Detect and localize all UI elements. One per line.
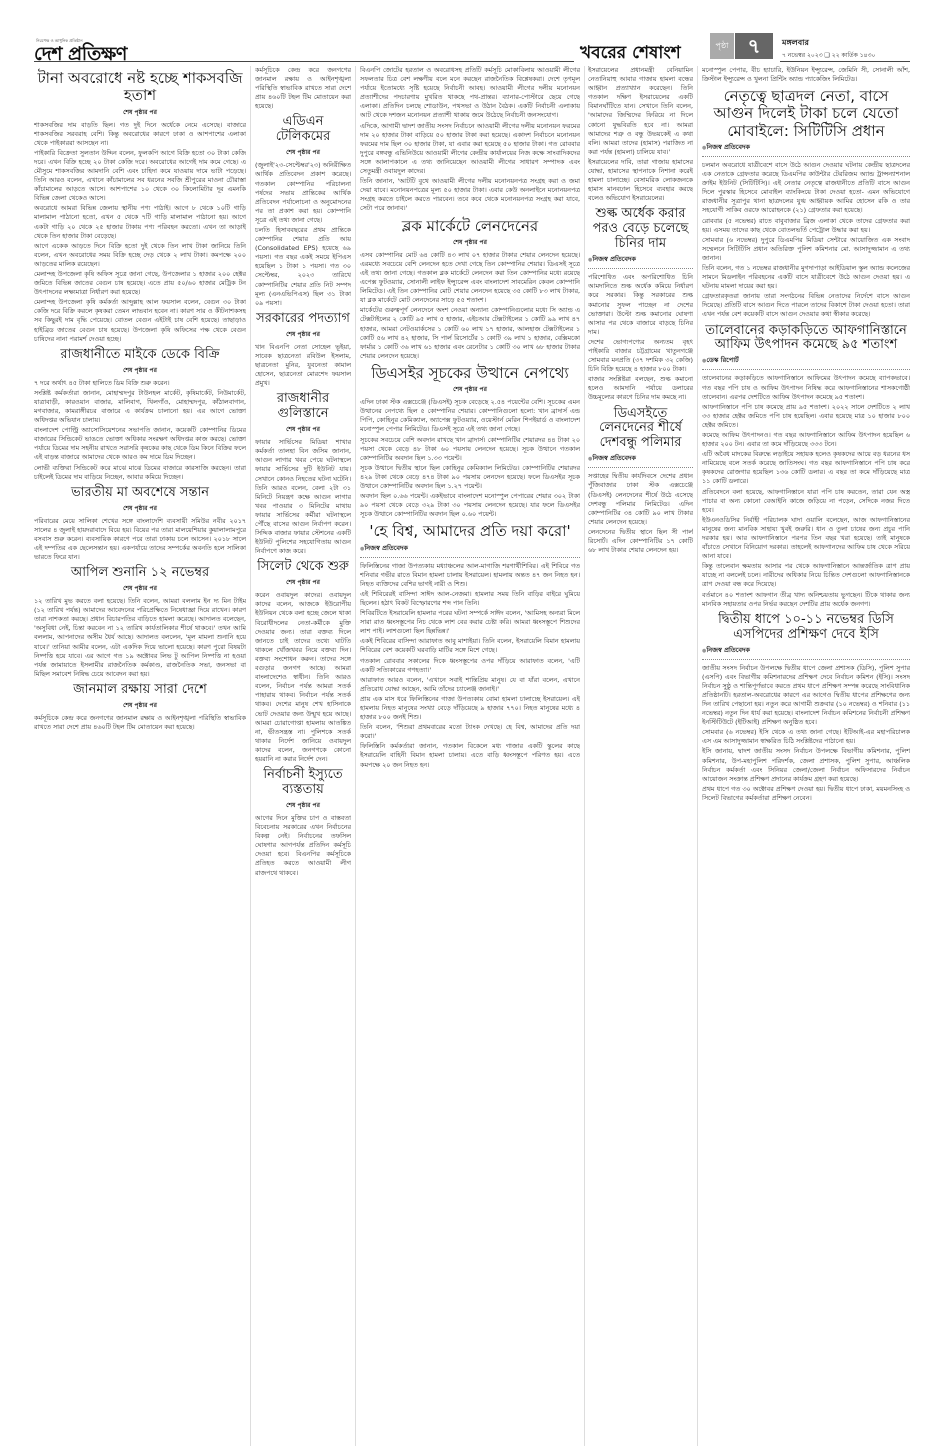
paragraph: বাজার সংশ্লিষ্টরা বলছেন, শুল্ক কমানো হলে…: [588, 375, 693, 402]
paragraph: মেলান্দহ উপজেলা কৃষি অফিস সূত্রে জানা গে…: [34, 270, 246, 297]
paragraph: এদিকে, আগামী দ্বাদশ জাতীয় সংসদ নির্বাচন…: [360, 122, 580, 177]
article-headline[interactable]: দ্বিতীয় ধাপে ১০-১১ নভেম্বর ডিসি এসপিদের…: [702, 613, 910, 643]
continued-note: শেষ পৃষ্ঠার পর: [255, 329, 351, 340]
paragraph: পাইকারি বিক্রেতা সুলতান উদ্দিন বলেন, ফুল…: [34, 149, 246, 204]
paragraph: কর্মসূচিকে কেন্দ্র করে জনগণের জানমাল রক্…: [34, 714, 246, 732]
paragraph: অবদান ছিল ০.৬৬ পয়েন্ট। একইভাবে বাংলাদেশ…: [360, 492, 580, 519]
paragraph: করেন ওবায়দুল কাদের। ওবায়দুল কাদের বলেন…: [255, 591, 351, 764]
paragraph: খান বিএনপি নেতা সোহেল ভূইয়া, সাবেক ছাত্…: [255, 343, 351, 388]
article-headline[interactable]: সিলেট থেকে শুরু: [255, 560, 351, 575]
paragraph: কর্মসূচিকে কেন্দ্র করে জনগণের জানমাল রক্…: [255, 66, 351, 111]
paragraph: পরিশোধিত এবং অপরিশোধিত চিনি আমদানিতে শুল…: [588, 273, 693, 337]
article-headline[interactable]: আপিল শুনানি ১২ নভেম্বর: [34, 566, 246, 581]
continued-note: শেষ পৃষ্ঠার পর: [255, 424, 351, 435]
paragraph: ১২ তারিখ মুভ করতে বলা হয়েছে। তিনি বলেন,…: [34, 597, 246, 679]
paragraph: দেশের ভোগ্যপণ্যের অন্যতম বৃহৎ পাইকারি বা…: [588, 338, 693, 374]
article-headline[interactable]: তালেবানের কড়াকড়িতে আফগানিস্তানে আফিম উ…: [702, 324, 910, 354]
paragraph: ইসরায়েলের দাবি, তারা গাজায় হামাসের যোদ…: [588, 158, 693, 203]
paragraph: চলমান অবরোধে যাত্রীবেশে বাসে উঠে আগুন দে…: [702, 161, 910, 216]
article-headline[interactable]: জানমাল রক্ষায় সারা দেশে: [34, 683, 246, 698]
paragraph: প্রতিবেদনে বলা হয়েছে, আফগানিস্তানে যারা…: [702, 488, 910, 515]
paragraph: এসব কোম্পানির মোট ৬৪ কোটি ৪৩ লাখ ০৭ হাজা…: [360, 251, 580, 306]
paragraph: সোমবার (৬ নভেম্বর) দুপুরে ডিএমপির মিডিয়…: [702, 236, 910, 263]
paragraph: এটি অবৈধ মাদকের বিরুদ্ধে লড়াইয়ে সহায়ক…: [702, 450, 910, 486]
continued-note: শেষ পৃষ্ঠার পর: [34, 700, 246, 711]
article-headline[interactable]: ডিএসইতে লেনদেনের শীর্ষে দেশবন্ধু পলিমার: [588, 407, 693, 452]
paragraph: লোভী ব্যক্তিরা সিন্ডিকেট করে মাঝে মাঝে ড…: [34, 464, 246, 482]
paragraph: ফিলিস্তিনি কর্মকর্তারা জানান, গতকাল বিকে…: [360, 742, 580, 769]
paragraph: আরাফাত আরও বলেন, 'এখানে সবাই শান্তিপ্রিয…: [360, 676, 580, 694]
article-body: আগের দিনে মুক্তির চাপ ও বাস্তবতা বিবেচনা…: [255, 814, 351, 878]
section-title: খবরের শেষাংশ: [580, 40, 681, 68]
paragraph: মার্কেটের গুরুত্বপূর্ণ লেনদেনে অংশ নেওয়…: [360, 306, 580, 361]
byline: ডেস্ক রিপোর্ট: [702, 355, 910, 366]
article-body: মনোস্পুল পেপার, বীচ হ্যাচারি, ইউনিয়ন ইন…: [702, 66, 910, 84]
article-headline[interactable]: রাজধানীতে মাইকে ডেকে বিক্রি: [34, 348, 246, 363]
article-body: ফিলিস্তিনের গাজা উপত্যকায় মধ্যাঞ্চলের আ…: [360, 562, 580, 770]
dotted-divider: [702, 156, 910, 157]
paragraph: সূচকের সবচেয়ে বেশি অবদান রাখছে খান ব্রা…: [360, 436, 580, 463]
dotted-divider: [588, 467, 693, 468]
byline: নিজস্ব প্রতিবেদক: [588, 453, 693, 464]
byline: নিজস্ব প্রতিবেদক: [588, 254, 693, 265]
paragraph: বর্তমানে ৪০ শতাংশ আফগান তীব্র খাদ্য অনিশ…: [702, 591, 910, 609]
article-headline[interactable]: ব্লক মার্কেটে লেনদেনের: [360, 218, 580, 235]
paragraph: লেনদেনের দ্বিতীয় স্থানে ছিল সী পার্ল রি…: [588, 528, 693, 555]
day-label: মঙ্গলবার: [782, 37, 809, 50]
article-headline[interactable]: এডিএন টেলিকমের: [255, 115, 351, 145]
paragraph: কমেছে আফিম উৎপাদনও। গত বছর আফগানিস্তানে …: [702, 431, 910, 449]
article-body: কর্মসূচিকে কেন্দ্র করে জনগণের জানমাল রক্…: [34, 714, 246, 732]
article-body: ফায়ার সার্ভিসের মিডিয়া শাখার কর্মকর্তা…: [255, 438, 351, 556]
dotted-divider: [702, 659, 910, 660]
paragraph: প্রায় এক মাস ধরে ফিলিস্তিনের গাজা উপত্য…: [360, 695, 580, 722]
article-headline[interactable]: 'হে বিশ্ব, আমাদের প্রতি দয়া করো': [360, 523, 580, 540]
paragraph: মেলান্দহ উপজেলা কৃষি কর্মকর্তা আব্দুল্লা…: [34, 298, 246, 343]
article-headline[interactable]: টানা অবরোধে নষ্ট হচ্ছে শাকসবজি হতাশ: [34, 70, 246, 105]
masthead: নিরপেক্ষ ও আধুনিক প্রতিষ্ঠান দেশ প্রতিক্…: [0, 0, 945, 56]
article-body: কর্মসূচিকে কেন্দ্র করে জনগণের জানমাল রক্…: [255, 66, 351, 111]
dotted-divider: [702, 369, 910, 370]
paragraph: সূচক উত্থানে দ্বিতীয় স্থানে ছিল কোহিনুর…: [360, 464, 580, 491]
paragraph: রোববার (৫ নভেম্বর) রাতে বাবুবাজার ব্রিজ …: [702, 217, 910, 235]
column-divider: [584, 66, 585, 1446]
paragraph: সংশ্লিষ্ট কর্মকর্তারা জানান, মোহাম্মদপুর…: [34, 389, 246, 425]
paragraph: অবরোধে আমরা বিভিন্ন জেলায় স্থানীয় পণ্য…: [34, 204, 246, 240]
paragraph: চলতি হিসাববছরের প্রথম প্রান্তিকে কোম্পান…: [255, 226, 351, 308]
article-body: সপ্তাহের দ্বিতীয় কার্যদিবসে দেশের প্রধা…: [588, 472, 693, 555]
paragraph: আগের দিনে মুক্তির চাপ ও বাস্তবতা বিবেচনা…: [255, 814, 351, 878]
page-number: ৭: [735, 33, 773, 59]
masthead-rule: [34, 61, 574, 62]
paragraph: জাতীয় সংসদ নির্বাচন উপলক্ষে দ্বিতীয় ধা…: [702, 664, 910, 728]
paragraph: এই শিবিরেরই বাসিন্দা সাঈদ আল-নেজমা। হামল…: [360, 590, 580, 608]
column-2: কর্মসূচিকে কেন্দ্র করে জনগণের জানমাল রক্…: [255, 66, 351, 1446]
paragraph: ইউএনওডিসির নির্বাহী পরিচালক ঘাদা ওয়ালি …: [702, 516, 910, 561]
paragraph: তিনি জানান, 'আটটি বুথে আওয়ামী লীগের দলী…: [360, 177, 580, 213]
paragraph: একই শিবিরের বাসিন্দা আরাফাত আবু মাশাইয়া…: [360, 637, 580, 655]
paragraph: সোমবার (৬ নভেম্বর) ইসি থেকে এ তথ্য জানা …: [702, 728, 910, 746]
dotted-divider: [360, 557, 580, 558]
column-divider: [355, 66, 356, 1446]
paragraph: এদিন ঢাকা স্টক এক্সচেঞ্জে (ডিএসই) সূচক ব…: [360, 398, 580, 434]
paragraph: ইসি জানায়, দ্বাদশ জাতীয় সংসদ নির্বাচন …: [702, 747, 910, 783]
continued-note: শেষ পৃষ্ঠার পর: [255, 577, 351, 588]
article-headline[interactable]: ডিএসইর সূচকের উত্থানে নেপথ্যে: [360, 365, 580, 382]
column-divider: [250, 66, 251, 1446]
article-body: (জুলাই'২৩-সেপ্টেম্বর'২৩) অনিরীক্ষিত আর্থ…: [255, 161, 351, 308]
continued-note: শেষ পৃষ্ঠার পর: [360, 384, 580, 395]
paragraph: সপ্তাহের দ্বিতীয় কার্যদিবসে দেশের প্রধা…: [588, 472, 693, 527]
dotted-divider: [588, 268, 693, 269]
continued-note: শেষ পৃষ্ঠার পর: [34, 107, 246, 118]
paragraph: তালেবানের কড়াকড়িতে আফগানিস্তানে আফিমের…: [702, 374, 910, 401]
continued-note: শেষ পৃষ্ঠার পর: [255, 800, 351, 811]
article-body: করেন ওবায়দুল কাদের। ওবায়দুল কাদের বলেন…: [255, 591, 351, 764]
article-body: শাকসবজির দাম বাড়তি ছিল। গত দুই দিনে অর্…: [34, 121, 246, 344]
byline: নিজস্ব প্রতিবেদক: [702, 645, 910, 656]
article-body: ১২ তারিখ মুভ করতে বলা হয়েছে। তিনি বলেন,…: [34, 597, 246, 679]
column-4: ইসরায়েলের প্রধানমন্ত্রী বেনিয়ামিন নেতা…: [588, 66, 693, 1446]
article-headline[interactable]: নেতৃত্বে ছাত্রদল নেতা, বাসে আগুন দিলেই ট…: [702, 88, 910, 140]
paragraph: তিনি বলেন, গত ১ নভেম্বর রাজধানীর মুগদাপা…: [702, 264, 910, 291]
article-body: জাতীয় সংসদ নির্বাচন উপলক্ষে দ্বিতীয় ধা…: [702, 664, 910, 803]
paragraph: বিএনপি জোটের হরতাল ও অবরোধসহ প্রতিটি কর্…: [360, 66, 580, 121]
paragraph: বাংলাদেশ পোল্ট্রি অ্যাসোসিয়েশনের সভাপতি…: [34, 426, 246, 462]
article-headline[interactable]: রাজধানীর গুলিস্তানে: [255, 392, 351, 422]
paragraph: আফগানিস্তানে পপি চাষ কমেছে প্রায় ৯৫ শতা…: [702, 403, 910, 430]
continued-note: শেষ পৃষ্ঠার পর: [360, 237, 580, 248]
byline: নিজস্ব প্রতিবেদক: [360, 543, 580, 554]
paragraph: প্রথম ধাপে গত ৩০ অক্টোবর প্রশিক্ষণ দেওয়…: [702, 785, 910, 803]
paragraph: শিবিরটিতে ইসরায়েলি হামলার পরের ঘটনা সম্…: [360, 609, 580, 636]
continued-note: শেষ পৃষ্ঠার পর: [34, 503, 246, 514]
article-body: খান বিএনপি নেতা সোহেল ভূইয়া, সাবেক ছাত্…: [255, 343, 351, 388]
article-body: পরিবারের মেয়ে সালিকা শেখের সঙ্গে বাংলাদ…: [34, 517, 246, 562]
column-divider: [697, 66, 698, 1446]
continued-note: শেষ পৃষ্ঠার পর: [34, 583, 246, 594]
page-label: পৃষ্ঠা: [710, 33, 734, 59]
masthead-rule-right: [780, 61, 910, 62]
paragraph: মনোস্পুল পেপার, বীচ হ্যাচারি, ইউনিয়ন ইন…: [702, 66, 910, 84]
article-body: ৭ দরে অর্থাৎ ৪৫ টাকা হালিতে ডিম বিক্রি শ…: [34, 379, 246, 482]
article-body: এসব কোম্পানির মোট ৬৪ কোটি ৪৩ লাখ ০৭ হাজা…: [360, 251, 580, 361]
paragraph: গ্রেফতারকৃতরা জানায় তারা সংগঠনের বিভিন্…: [702, 292, 910, 319]
article-body: বিএনপি জোটের হরতাল ও অবরোধসহ প্রতিটি কর্…: [360, 66, 580, 214]
paragraph: ৭ দরে অর্থাৎ ৪৫ টাকা হালিতে ডিম বিক্রি শ…: [34, 379, 246, 388]
article-body: চলমান অবরোধে যাত্রীবেশে বাসে উঠে আগুন দে…: [702, 161, 910, 320]
paragraph: আগে একেক আড়তে দিনে বিক্রি হতো দুই থেকে …: [34, 242, 246, 269]
paragraph: ইসরায়েলের প্রধানমন্ত্রী বেনিয়ামিন নেতা…: [588, 66, 693, 157]
paragraph: গতকাল রোববার সকালের দিকে ধ্বংসস্তূপের ওপ…: [360, 657, 580, 675]
paragraph: কিন্তু তালেবান ক্ষমতায় আসার পর থেকে আফগ…: [702, 562, 910, 589]
column-3: বিএনপি জোটের হরতাল ও অবরোধসহ প্রতিটি কর্…: [360, 66, 580, 1446]
paragraph: (জুলাই'২৩-সেপ্টেম্বর'২৩) অনিরীক্ষিত আর্থ…: [255, 161, 351, 225]
continued-note: শেষ পৃষ্ঠার পর: [255, 147, 351, 158]
paragraph: ফায়ার সার্ভিসের মিডিয়া শাখার কর্মকর্তা…: [255, 438, 351, 556]
paragraph: তিনি বলেন, 'শিশুরা প্রথমবারের মতো ট্যাংক…: [360, 723, 580, 741]
article-headline[interactable]: নির্বাচনী ইস্যুতে ব্যস্ততায়: [255, 768, 351, 798]
article-headline[interactable]: শুল্ক অর্ধেক করার পরও বেড়ে চলেছে চিনির …: [588, 207, 693, 252]
article-body: ইসরায়েলের প্রধানমন্ত্রী বেনিয়ামিন নেতা…: [588, 66, 693, 203]
article-headline[interactable]: ভারতীয় মা অবশেষে সন্তান: [34, 486, 246, 501]
continued-note: শেষ পৃষ্ঠার পর: [34, 365, 246, 376]
paragraph: পরিবারের মেয়ে সালিকা শেখের সঙ্গে বাংলাদ…: [34, 517, 246, 562]
column-5: মনোস্পুল পেপার, বীচ হ্যাচারি, ইউনিয়ন ইন…: [702, 66, 910, 1446]
paragraph: ফিলিস্তিনের গাজা উপত্যকায় মধ্যাঞ্চলের আ…: [360, 562, 580, 589]
date-label: ৭ নভেম্বর ২০২৩ ❑ ২২ কার্তিক ১৪৩০: [782, 50, 875, 61]
article-body: এদিন ঢাকা স্টক এক্সচেঞ্জে (ডিএসই) সূচক ব…: [360, 398, 580, 519]
byline: নিজস্ব প্রতিবেদক: [702, 142, 910, 153]
article-body: তালেবানের কড়াকড়িতে আফগানিস্তানে আফিমের…: [702, 374, 910, 608]
article-body: পরিশোধিত এবং অপরিশোধিত চিনি আমদানিতে শুল…: [588, 273, 693, 402]
paragraph: শাকসবজির দাম বাড়তি ছিল। গত দুই দিনে অর্…: [34, 121, 246, 148]
column-1: টানা অবরোধে নষ্ট হচ্ছে শাকসবজি হতাশ শেষ …: [34, 66, 246, 1446]
article-headline[interactable]: সরকারের পদত্যাগ: [255, 312, 351, 327]
